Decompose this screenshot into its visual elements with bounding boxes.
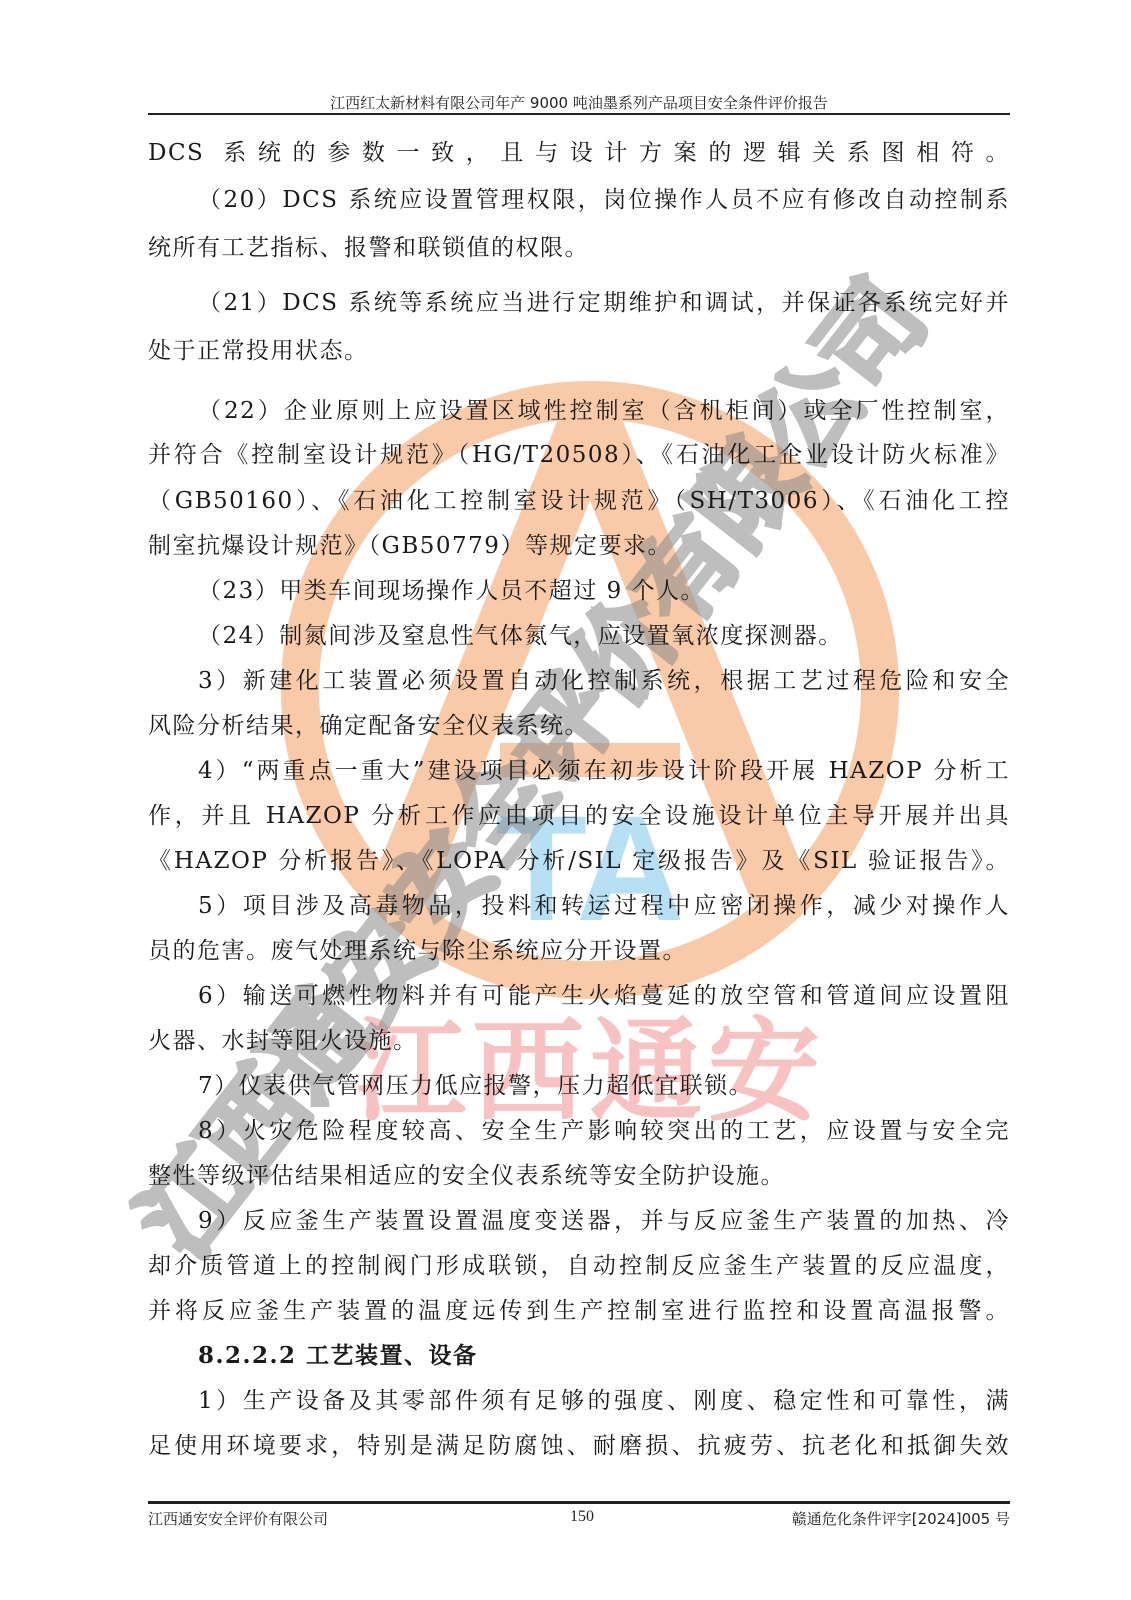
body-line: 8）火灾危险程度较高、安全生产影响较突出的工艺，应设置与安全完 xyxy=(148,1116,1010,1146)
body-line: 1）生产设备及其零部件须有足够的强度、刚度、稳定性和可靠性，满 xyxy=(148,1386,1010,1416)
body-line: 7）仪表供气管网压力低应报警，压力超低宜联锁。 xyxy=(148,1071,1010,1101)
body-text: DCS 系统的参数一致，且与设计方案的逻辑关系图相符。 （20）DCS 系统应设… xyxy=(0,0,1131,1600)
body-line: DCS 系统的参数一致，且与设计方案的逻辑关系图相符。 xyxy=(148,138,1010,168)
body-line: 处于正常投用状态。 xyxy=(148,336,1010,366)
body-line: 整性等级评估结果相适应的安全仪表系统等安全防护设施。 xyxy=(148,1161,1010,1191)
body-line: 风险分析结果，确定配备安全仪表系统。 xyxy=(148,711,1010,741)
body-line: 却介质管道上的控制阀门形成联锁，自动控制反应釜生产装置的反应温度， xyxy=(148,1251,1010,1281)
body-line: （21）DCS 系统等系统应当进行定期维护和调试，并保证各系统完好并 xyxy=(148,288,1010,318)
body-line: （24）制氮间涉及窒息性气体氮气，应设置氧浓度探测器。 xyxy=(148,621,1010,651)
body-line: 足使用环境要求，特别是满足防腐蚀、耐磨损、抗疲劳、抗老化和抵御失效 xyxy=(148,1431,1010,1461)
body-line: （23）甲类车间现场操作人员不超过 9 个人。 xyxy=(148,576,1010,606)
body-line: 火器、水封等阻火设施。 xyxy=(148,1026,1010,1056)
body-line: 制室抗爆设计规范》（GB50779）等规定要求。 xyxy=(148,531,1010,561)
body-line: 并符合《控制室设计规范》（HG/T20508）、《石油化工企业设计防火标准》 xyxy=(148,440,1010,470)
body-line: 并将反应釜生产装置的温度远传到生产控制室进行监控和设置高温报警。 xyxy=(148,1296,1010,1326)
body-line: 员的危害。废气处理系统与除尘系统应分开设置。 xyxy=(148,936,1010,966)
body-line: 6）输送可燃性物料并有可能产生火焰蔓延的放空管和管道间应设置阻 xyxy=(148,981,1010,1011)
body-line: （GB50160）、《石油化工控制室设计规范》（SH/T3006）、《石油化工控 xyxy=(148,486,1010,516)
body-line: 5）项目涉及高毒物品，投料和转运过程中应密闭操作，减少对操作人 xyxy=(148,891,1010,921)
body-line: 《HAZOP 分析报告》、《LOPA 分析/SIL 定级报告》及《SIL 验证报… xyxy=(148,846,1010,876)
body-line: （22）企业原则上应设置区域性控制室（含机柜间）或全厂性控制室， xyxy=(148,396,1010,426)
body-line: 3）新建化工装置必须设置自动化控制系统，根据工艺过程危险和安全 xyxy=(148,666,1010,696)
body-line: 9）反应釜生产装置设置温度变送器，并与反应釜生产装置的加热、冷 xyxy=(148,1206,1010,1236)
body-line: 作，并且 HAZOP 分析工作应由项目的安全设施设计单位主导开展并出具 xyxy=(148,801,1010,831)
body-line: 4）“两重点一重大”建设项目必须在初步设计阶段开展 HAZOP 分析工 xyxy=(148,756,1010,786)
body-line: 统所有工艺指标、报警和联锁值的权限。 xyxy=(148,233,1010,263)
document-page: 江西红太新材料有限公司年产 9000 吨油墨系列产品项目安全条件评价报告 TA … xyxy=(0,0,1131,1600)
section-heading: 8.2.2.2 工艺装置、设备 xyxy=(148,1341,1010,1371)
body-line: （20）DCS 系统应设置管理权限，岗位操作人员不应有修改自动控制系 xyxy=(148,185,1010,215)
